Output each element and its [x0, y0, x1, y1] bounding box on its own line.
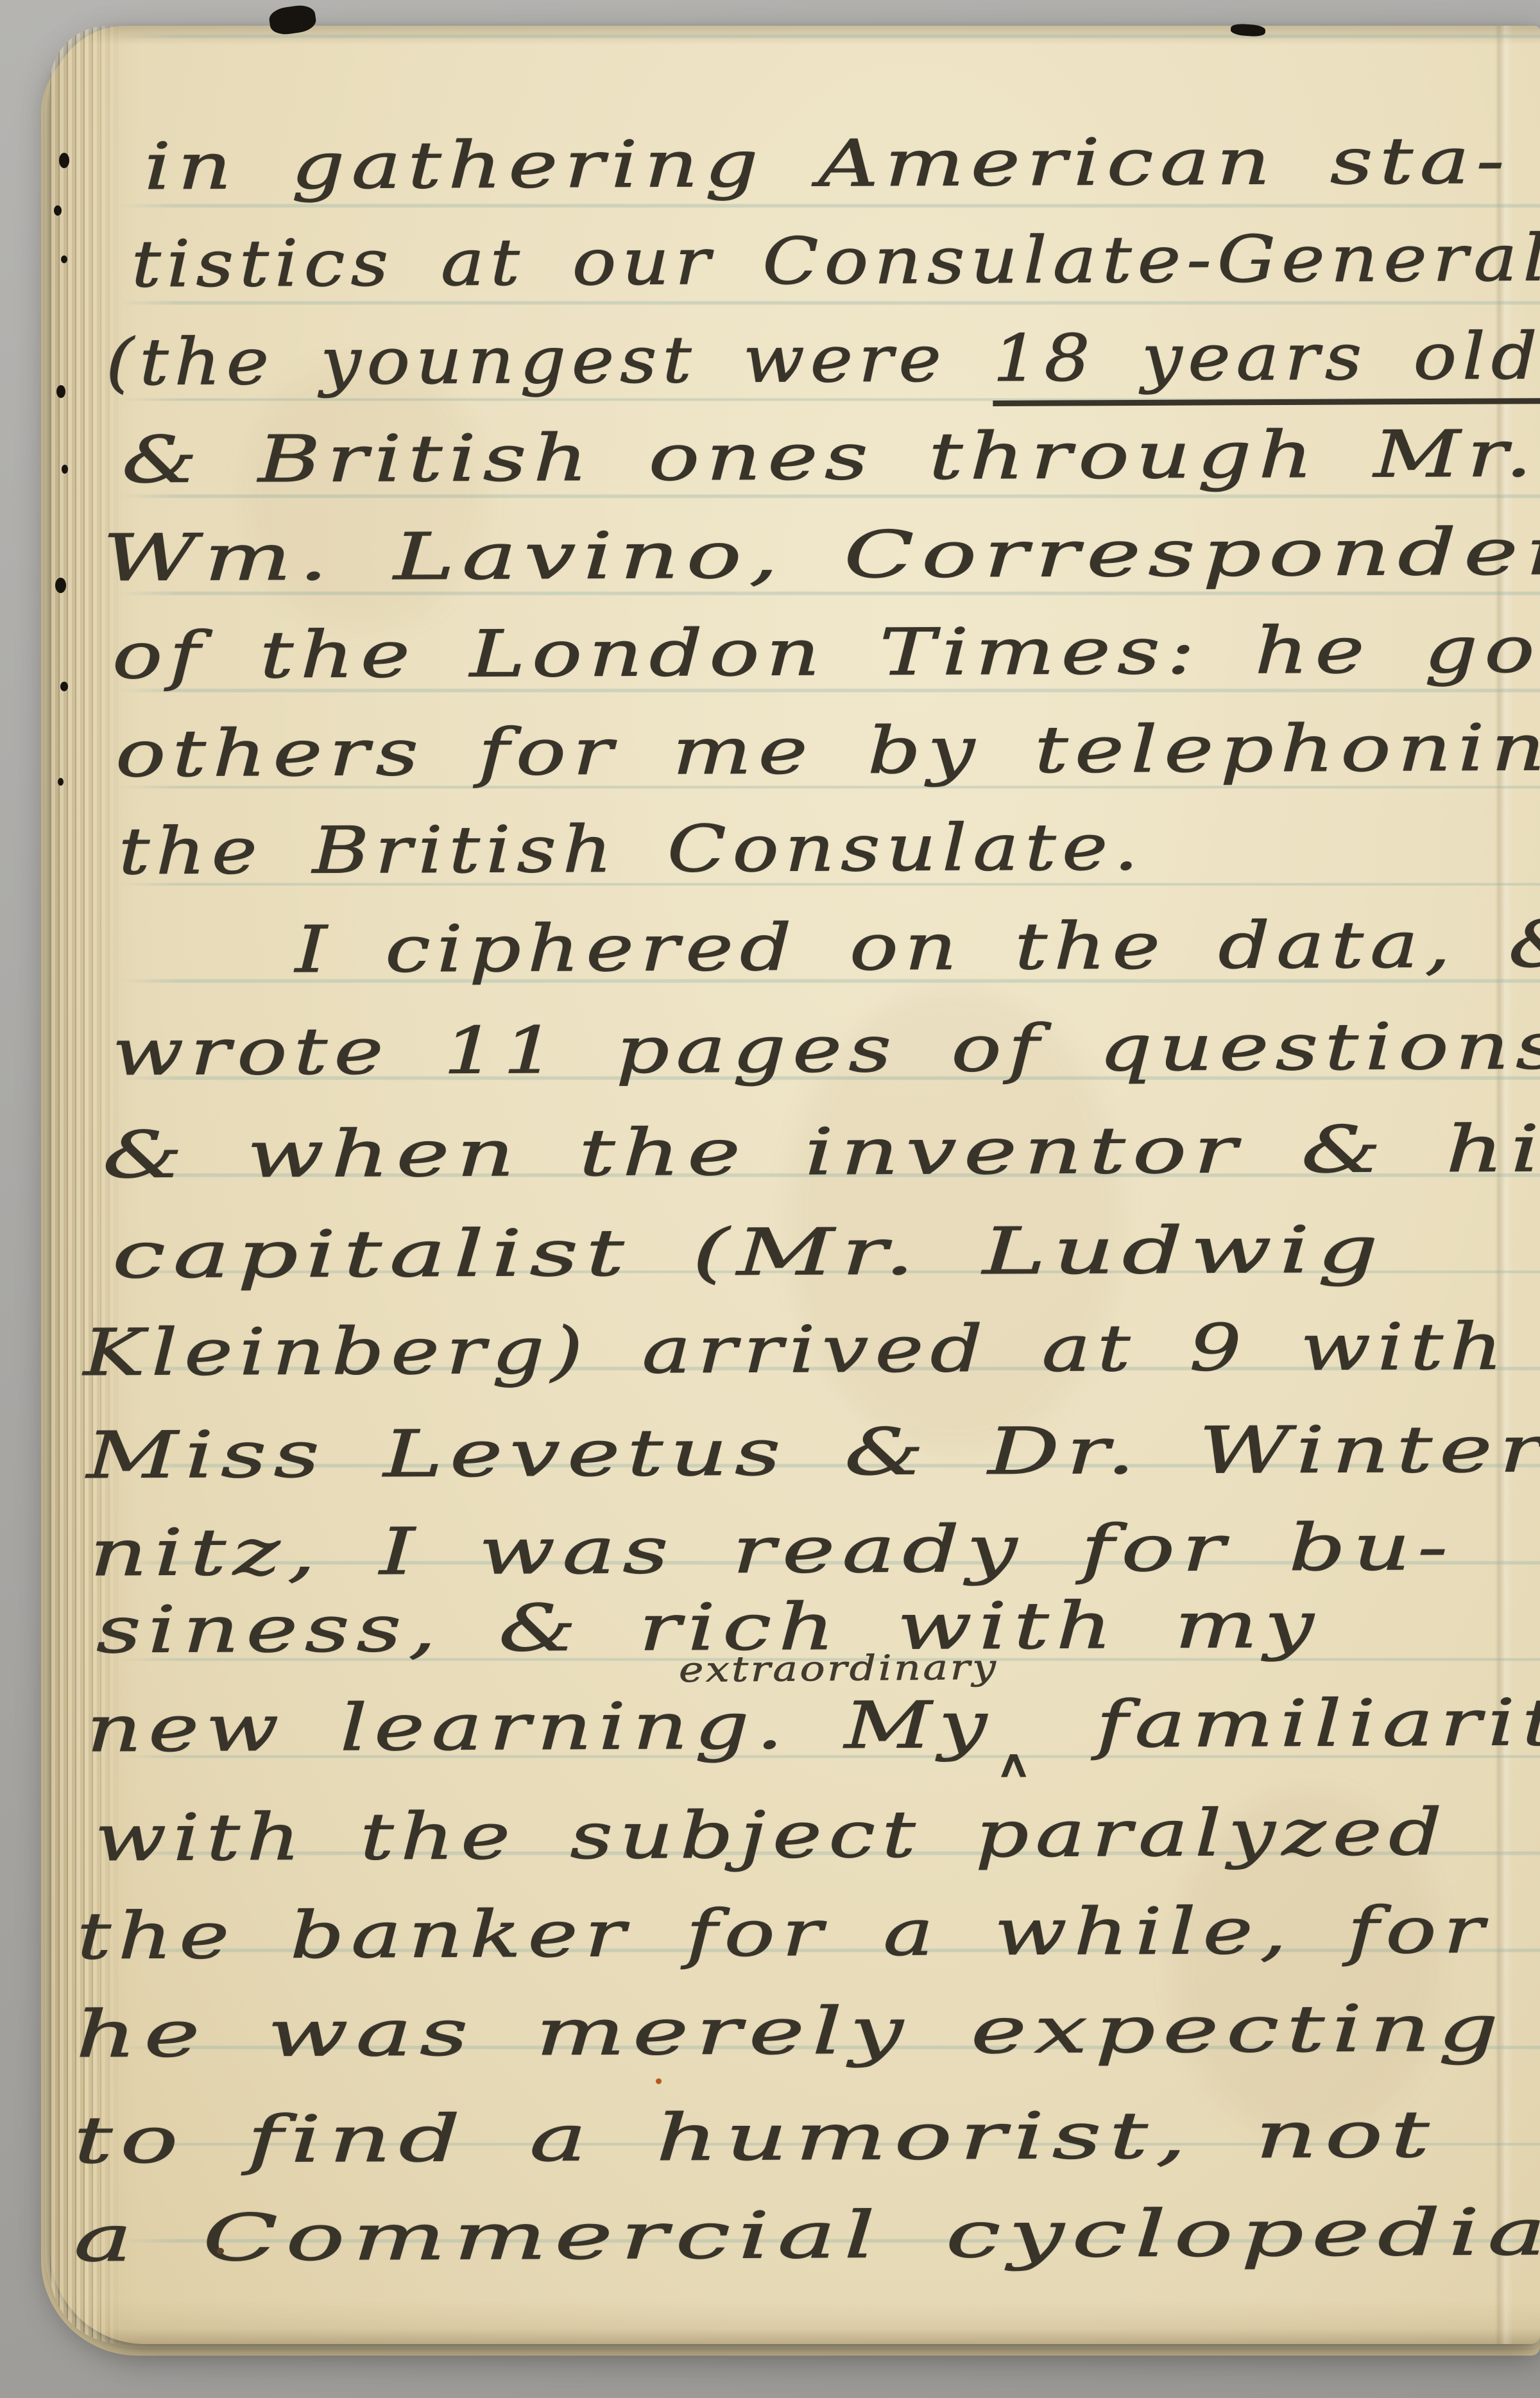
manuscript-line-15: nitz, I was ready for bu-	[90, 1515, 1455, 1585]
manuscript-line-4: & British ones through Mr.	[122, 422, 1539, 492]
manuscript-line-11: & when the inventor & his	[103, 1117, 1540, 1187]
photo-backdrop: { "page": { "background_color": "#a9a8a5…	[0, 0, 1540, 2398]
manuscript-line-7: others for me by telephoning	[116, 716, 1540, 786]
manuscript-line-19: the banker for a while, for	[77, 1898, 1491, 1969]
manuscript-line-9: I ciphered on the data, &	[295, 912, 1540, 982]
binding-speck	[59, 153, 69, 168]
manuscript-line-12: capitalist (Mr. Ludwig	[112, 1218, 1386, 1288]
binding-speck	[62, 465, 68, 474]
manuscript-line-6: of the London Times: he got	[112, 617, 1540, 688]
insertion-caret-icon: ∧	[995, 1745, 1038, 1782]
manuscript-line-1: in gathering American sta-	[144, 129, 1511, 199]
binding-speck	[61, 255, 67, 263]
manuscript-line-3: (the youngest were 18 years old!)	[106, 324, 1540, 395]
manuscript-line-22: a Commercial cyclopedia	[74, 2200, 1540, 2271]
manuscript-line-18: with the subject paralyzed	[95, 1800, 1449, 1870]
manuscript-line-14: Miss Levetus & Dr. Winter-	[87, 1417, 1540, 1488]
manuscript-line-20: he was merely expecting	[76, 1996, 1506, 2067]
manuscript-line-13: Kleinberg) arrived at 9 with	[83, 1315, 1509, 1385]
manuscript-line-2: tistics at our Consulate-General(	[132, 226, 1540, 297]
manuscript-line-17: new learning. My∧ familiarity	[87, 1691, 1540, 1761]
manuscript-line-5: Wm. Lavino, Correspondent	[103, 520, 1540, 591]
binding-speck	[55, 578, 66, 593]
line17-prefix: new learning. My	[87, 1687, 994, 1766]
manuscript-line-8: the British Consulate.	[119, 815, 1145, 884]
line17-suffix: familiarity	[1041, 1685, 1540, 1763]
interlinear-insertion: extraordinary	[679, 1650, 998, 1687]
handwritten-text: in gathering American sta- tistics at ou…	[0, 0, 1540, 2398]
underlined-phrase: 18 years old	[993, 318, 1540, 406]
binding-speck	[56, 385, 65, 398]
binding-speck	[54, 205, 62, 216]
binding-speck	[60, 682, 68, 691]
paper-fleck	[656, 2078, 662, 2084]
manuscript-line-21: to find a humorist, not	[74, 2103, 1437, 2173]
manuscript-line-10: wrote 11 pages of questions:	[112, 1014, 1540, 1085]
line3-prefix: (the youngest were	[106, 321, 993, 400]
binding-speck	[58, 778, 64, 786]
paper-fleck	[217, 2248, 224, 2254]
